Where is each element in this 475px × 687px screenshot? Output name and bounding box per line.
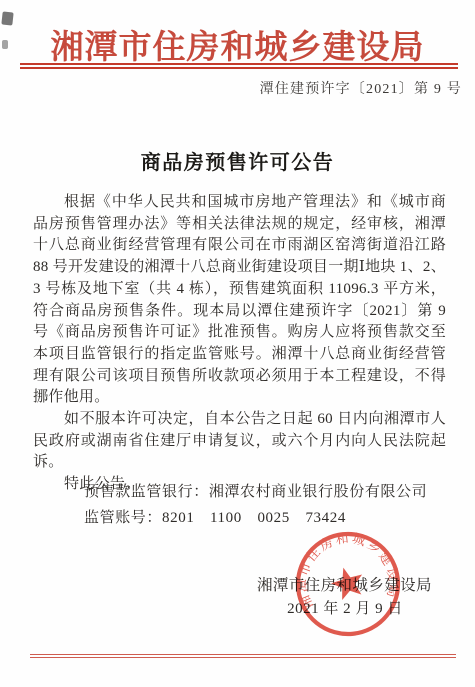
svg-text:湘潭市住房和城乡建设局: 湘潭市住房和城乡建设局 — [290, 526, 404, 612]
escrow-bank-line: 预售款监管银行：湘潭农村商业银行股份有限公司 — [84, 480, 427, 506]
seal-ring-text: 湘潭市住房和城乡建设局 — [290, 526, 404, 612]
scan-artifact — [1, 11, 13, 25]
document-reference-number: 潭住建预许字〔2021〕第 9 号 — [260, 78, 462, 98]
letterhead-agency-title: 湘潭市住房和城乡建设局 — [0, 21, 475, 68]
escrow-bank-name: 湘潭农村商业银行股份有限公司 — [209, 484, 427, 500]
notice-body: 根据《中华人民共和国城市房地产管理法》和《城市商品房预售管理办法》等相关法律法规… — [33, 192, 446, 496]
scan-artifact — [45, 394, 48, 397]
notice-paragraph-1: 根据《中华人民共和国城市房地产管理法》和《城市商品房预售管理办法》等相关法律法规… — [33, 192, 446, 409]
letterhead-double-rule — [20, 63, 458, 69]
notice-title: 商品房预售许可公告 — [0, 146, 475, 175]
official-seal-icon: 湘潭市住房和城乡建设局 — [290, 526, 406, 642]
footer-double-rule — [30, 654, 456, 658]
document-page: 湘潭市住房和城乡建设局 潭住建预许字〔2021〕第 9 号 商品房预售许可公告 … — [0, 0, 475, 687]
escrow-account-number: 8201 1100 0025 73424 — [162, 510, 346, 526]
seal-star-icon — [328, 563, 368, 601]
scan-artifact — [2, 40, 8, 49]
escrow-account-label: 监管账号： — [84, 510, 162, 526]
escrow-bank-label: 预售款监管银行： — [84, 484, 209, 500]
notice-paragraph-2: 如不服本许可决定，自本公告之日起 60 日内向湘潭市人民政府或湖南省住建厅申请复… — [33, 409, 446, 474]
official-seal: 湘潭市住房和城乡建设局 — [290, 526, 406, 642]
bank-info-block: 预售款监管银行：湘潭农村商业银行股份有限公司 监管账号：8201 1100 00… — [84, 480, 427, 531]
